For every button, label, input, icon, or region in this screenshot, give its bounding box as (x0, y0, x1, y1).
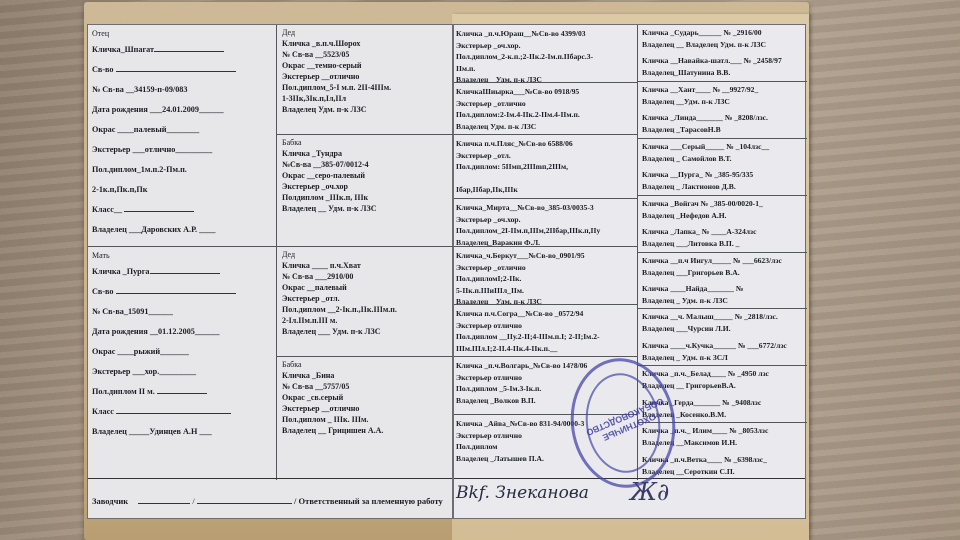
gp-name: Кличка _в.п.ч.Шорох (282, 38, 449, 49)
gp-name: Кличка _Тундра (282, 148, 449, 159)
gp-title: Бабка (282, 137, 449, 148)
gp-exterior: Экстерьер __отлично (282, 71, 449, 82)
ggp-line: Кличка_Мирта__№Св-во_385-03/0035-3 (456, 202, 635, 214)
father-owner: Даровских А.Р. (141, 225, 197, 234)
gggp-owner: Владелец _ Удм. п-к ЛЗС (642, 295, 803, 307)
ggp-line: Пол.диплом_2I-IIм.п,IIIм,2IIбар,IIIк.п,I… (456, 225, 635, 237)
ggp-line: КличкаШиырка___№Св-во 0918/95 (456, 86, 635, 98)
ggp-line: 5-IIк.п.IIIиIIIл_IIм. (456, 285, 635, 297)
gp-owner: Владелец Удм. п-к ЛЗС (282, 104, 449, 115)
father-diplomas-2: 2-1к.п,Пк.п,Пк (92, 180, 272, 200)
gp-name: Кличка _Бина (282, 370, 449, 381)
ggp-line: Экстерьер _отл. (456, 150, 635, 162)
mother-dob: 01.12.2005 (158, 327, 195, 336)
label: Экстерьер (92, 145, 130, 154)
gp-exterior: Экстерьер __отлично (282, 403, 449, 414)
mother-title: Мать (92, 249, 272, 262)
great-grandparent-entry: Кличка _п.ч.Юраш__№Св-во 4399/03Экстерье… (454, 25, 637, 83)
great-grandparent-entry: Кличка_Мирта__№Св-во_385-03/0035-3Экстер… (454, 199, 637, 247)
gggp-name: Кличка __Навайка-шатл.___ № _2458/97 (642, 55, 803, 67)
label: Окрас (92, 125, 115, 134)
ggp-line: Владелец Удм. п-к ЛЗС (456, 121, 635, 133)
gp-exterior: Экстерьер _отл. (282, 293, 449, 304)
ggp-line: Владелец _ Удм. п-к ЛЗС (456, 296, 635, 305)
gggp-name: Кличка _Лапка_ № ____A-324лзс (642, 226, 803, 238)
great-great-grandparent-entry: Кличка _Сударь______ № _2916/00Владелец … (638, 25, 807, 53)
gp-diploma: 1-3IIк,3Iк.п,Iл,IIл (282, 93, 449, 104)
great-great-grandparent-entry: Кличка __Пурга_ № _385-95/335Владелец _ … (638, 167, 807, 195)
father-svo-num: 34159-п-09/083 (134, 85, 187, 94)
mother-name: Пурга (127, 267, 150, 276)
gggp-owner: Владелец __Сероткин С.П. (642, 466, 803, 478)
label: Класс (92, 205, 114, 214)
mother-diplomas-1: II м. (139, 387, 155, 396)
ggp-line: Iбар,IIбар,IIк,IIIк (456, 184, 635, 196)
label: Св-во (92, 65, 114, 74)
gp-diploma: 2-Iл.IIм.п.III м. (282, 315, 449, 326)
great-great-grandparent-entry: Кличка __Хант____ № __9927/92_Владелец _… (638, 82, 807, 110)
great-grandparent-entry: Кличка п.ч.Согра__№Св-во _0572/94Экстерь… (454, 305, 637, 357)
label: Св-во (92, 287, 114, 296)
ggp-line: Кличка _п.ч.Юраш__№Св-во 4399/03 (456, 28, 635, 40)
ggp-line: Экстерьер _оч.хор. (456, 214, 635, 226)
great-great-grandparent-entry: Кличка _Лапка_ № ____A-324лзсВладелец __… (638, 224, 807, 252)
gp-diploma: Полдиплом _IIIк.п, IIIк (282, 192, 449, 203)
gp-color: Окрас __серо-палевый (282, 170, 449, 181)
grandparent-paternal-sire: Дед Кличка _в.п.ч.Шорох № Св-ва __5523/0… (277, 25, 454, 135)
ggp-line: Экстерьер отлично (456, 320, 635, 332)
great-great-grandparent-entry: Кличка __ч. Малыш_____ № _2818/лзс.Владе… (638, 309, 807, 337)
breeder-label: Заводчик (92, 496, 128, 506)
ggp-line: Владелец_Варакин Ф.Л. (456, 237, 635, 248)
gggp-owner: Владелец _ Удм. п-к ЗСЛ (642, 352, 803, 364)
gp-diploma: Пол.диплом_5-I м.п. 2II-4IIIм. (282, 82, 449, 93)
label: Владелец (92, 225, 127, 234)
ggp-line: Кличка п.ч.Пляс_№Св-во 6588/06 (456, 138, 635, 150)
gggp-owner: Владелец __Удм. п-к ЛЗС (642, 96, 803, 108)
father-exterior: отлично (145, 145, 176, 154)
gggp-name: Кличка ____Найда_______ № (642, 283, 803, 295)
gp-title: Дед (282, 27, 449, 38)
gp-owner: Владелец __ Грицишен А.А. (282, 425, 449, 436)
gggp-owner: Владелец _ Самойлов В.Т. (642, 153, 803, 165)
father-name: Шпагат (125, 45, 154, 54)
label: № Св-ва (92, 307, 124, 316)
mother-section: Мать Кличка _Пурга Св-во № Св-ва_15091__… (88, 247, 276, 480)
gggp-owner: Владелец_Шатунина В.В. (642, 67, 803, 79)
gggp-name: Кличка _Войгач № _385-00/0020-1_ (642, 198, 803, 210)
father-color: палевый (134, 125, 167, 134)
gggp-name: Кличка ____ч.Кучка______ № ___6772/лзс (642, 340, 803, 352)
great-great-grandparent-entry: Кличка ____Найда_______ №Владелец _ Удм.… (638, 281, 807, 309)
breeder-name-field (197, 503, 292, 504)
gggp-name: Кличка __ч. Малыш_____ № _2818/лзс. (642, 311, 803, 323)
gp-title: Дед (282, 249, 449, 260)
gggp-name: Кличка ___Серый_____ № _104лзс__ (642, 141, 803, 153)
ggp-line: Пол.диплом __IIу.2-II;4-IIIм.п.I; 2-II;I… (456, 331, 635, 343)
ggp-line: Кличка п.ч.Согра__№Св-во _0572/94 (456, 308, 635, 320)
label: Окрас (92, 347, 115, 356)
grandparent-maternal-dam: Бабка Кличка _Бина № Св-ва __5757/05 Окр… (277, 357, 454, 480)
breeder-signature-field (138, 503, 190, 504)
label: Дата рождения (92, 327, 148, 336)
mother-svo-num: 15091 (128, 307, 148, 316)
label: Экстерьер (92, 367, 130, 376)
label: Пол.диплом (92, 165, 137, 174)
gp-exterior: Экстерьер _оч.хор (282, 181, 449, 192)
father-title: Отец (92, 27, 272, 40)
responsible-signature: Bkf. Знеканова (456, 483, 589, 503)
ggp-line: Кличка_ч.Беркут___№Св-во_0901/95 (456, 250, 635, 262)
gp-svo: № Св-ва __5523/05 (282, 49, 449, 60)
page-footer: Заводчик / / Ответственный за племенную … (88, 478, 452, 518)
gp-svo: № Св-ва __5757/05 (282, 381, 449, 392)
label: Кличка (92, 267, 121, 276)
gggp-name: Кличка __Пурга_ № _385-95/335 (642, 169, 803, 181)
gp-color: Окрас __темно-серый (282, 60, 449, 71)
father-section: Отец Кличка_Шпагат Св-во № Св-ва __34159… (88, 25, 276, 247)
label: Дата рождения (92, 105, 148, 114)
grandparent-maternal-sire: Дед Кличка ____ п.ч.Хват № Св-ва ___2910… (277, 247, 454, 357)
ggp-line: IIм.п. (456, 63, 635, 75)
great-grandparent-entry: Кличка_ч.Беркут___№Св-во_0901/95Экстерье… (454, 247, 637, 305)
gggp-name: Кличка _Линда_______ № _8208/лзс. (642, 112, 803, 124)
label: Класс (92, 407, 114, 416)
responsible-label: / Ответственный за племенную работу (294, 496, 443, 506)
ggp-line: Экстерьер _оч.хор. (456, 40, 635, 52)
ggp-line: Экстерьер _отлично (456, 98, 635, 110)
ggp-line (456, 173, 635, 185)
great-grandparent-entry: Кличка п.ч.Пляс_№Св-во 6588/06Экстерьер … (454, 135, 637, 199)
gp-name: Кличка ____ п.ч.Хват (282, 260, 449, 271)
father-diplomas-1: 1м.п.2-Пм.п. (141, 165, 187, 174)
great-great-grandparent-entry: Кличка ____ч.Кучка______ № ___6772/лзсВл… (638, 338, 807, 366)
ggp-line: Владелец _ Удм. п-к ЛЗС (456, 74, 635, 83)
ggp-line: IIIм.IIIл.I;2-II.4-IIк.4-IIк.п.__ (456, 343, 635, 355)
gggp-owner: Владелец ___Чурсин Л.И. (642, 323, 803, 335)
gggp-owner: Владелец _ Лактионов Д.В. (642, 181, 803, 193)
gggp-owner: Владелец ___Литовка В.П. _ (642, 238, 803, 250)
ggp-line: Пол.дипломI;2-IIк. (456, 273, 635, 285)
gggp-name: Кличка __Хант____ № __9927/92_ (642, 84, 803, 96)
gp-title: Бабка (282, 359, 449, 370)
gggp-name: Кличка _п.ч._Белад____ № _4950 лзс (642, 368, 803, 380)
label: Кличка (92, 45, 121, 54)
grandparent-paternal-dam: Бабка Кличка _Тундра №Св-ва __385-07/001… (277, 135, 454, 247)
gggp-name: Кличка __п.ч Ингул_____ № ___6623/лзс (642, 255, 803, 267)
gp-color: Окрас _св.серый (282, 392, 449, 403)
great-great-grandparent-entry: Кличка _Линда_______ № _8208/лзс.Владеле… (638, 110, 807, 138)
label: Пол.диплом (92, 387, 137, 396)
gggp-owner: Владелец _Нефедов А.Н. (642, 210, 803, 222)
father-dob: 24.01.2009 (162, 105, 199, 114)
ggp-line: Пол.диплом: 5IIмп,2IIImп,2IIIм, (456, 161, 635, 173)
pedigree-left-page: Отец Кличка_Шпагат Св-во № Св-ва __34159… (87, 24, 453, 519)
mother-color: рыжий (134, 347, 160, 356)
mother-owner: Удинцев А.Н (149, 427, 197, 436)
ggp-line: Экстерьер _отлично (456, 262, 635, 274)
great-great-grandparent-entry: Кличка ___Серый_____ № _104лзс__Владелец… (638, 139, 807, 167)
gp-color: Окрас __палевый (282, 282, 449, 293)
gggp-name: Кличка _Сударь______ № _2916/00 (642, 27, 803, 39)
ggp-line: Пол.диплом:2-Iм.4-IIк.2-IIм.4-IIм.п. (456, 109, 635, 121)
gp-diploma: Пол.диплом _ IIIк. IIIм. (282, 414, 449, 425)
mother-exterior: хор. (145, 367, 159, 376)
gggp-owner: Владелец __ Владелец Удм. п-к ЛЗС (642, 39, 803, 51)
ggp-line: Пол.диплом_2-к.п.;2-IIк.2-Iм.п.IIбарс.3- (456, 51, 635, 63)
great-grandparent-entry: КличкаШиырка___№Св-во 0918/95Экстерьер _… (454, 83, 637, 135)
second-signature: Ж∂ (630, 478, 669, 506)
gp-owner: Владелец ___ Удм. п-к ЛЗС (282, 326, 449, 337)
gp-diploma: Пол.диплом __2-Iк.п.,IIк.IIIм.п. (282, 304, 449, 315)
label: Владелец (92, 427, 127, 436)
label: № Св-ва (92, 85, 124, 94)
gp-svo: №Св-ва __385-07/0012-4 (282, 159, 449, 170)
great-great-grandparent-entry: Кличка _Войгач № _385-00/0020-1_Владелец… (638, 196, 807, 224)
gp-svo: № Св-ва ___2910/00 (282, 271, 449, 282)
gggp-owner: Владелец _ТарасовН.В (642, 124, 803, 136)
great-great-grandparent-entry: Кличка __Навайка-шатл.___ № _2458/97Влад… (638, 53, 807, 81)
great-great-grandparent-entry: Кличка __п.ч Ингул_____ № ___6623/лзсВла… (638, 253, 807, 281)
gp-owner: Владелец __ Удм. п-к ЛЗС (282, 203, 449, 214)
gggp-owner: Владелец ___Григорьев В.А. (642, 267, 803, 279)
